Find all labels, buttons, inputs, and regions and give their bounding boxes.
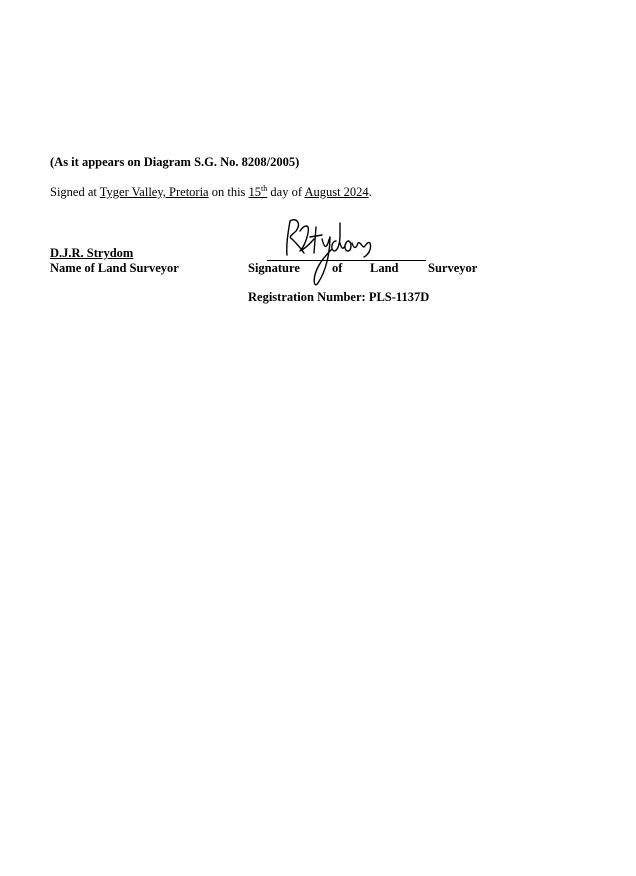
signed-day: 15th: [249, 185, 268, 199]
signed-prefix: Signed at: [50, 185, 100, 199]
signed-place: Tyger Valley, Pretoria: [100, 185, 209, 199]
signature-label-land: Land: [370, 261, 399, 276]
signed-at-line: Signed at Tyger Valley, Pretoria on this…: [50, 185, 372, 200]
signed-month-year: August 2024: [304, 185, 368, 199]
surveyor-name-label: Name of Land Surveyor: [50, 261, 179, 276]
diagram-reference-heading: (As it appears on Diagram S.G. No. 8208/…: [50, 155, 299, 170]
signature-label-of: of: [332, 261, 342, 276]
signed-on-this: on this: [209, 185, 249, 199]
registration-number: Registration Number: PLS-1137D: [248, 290, 429, 305]
surveyor-name: D.J.R. Strydom: [50, 246, 133, 261]
signature-label-signature: Signature: [248, 261, 300, 276]
signature-label-surveyor: Surveyor: [428, 261, 477, 276]
signed-day-of: day of: [267, 185, 304, 199]
handwritten-signature: [278, 213, 374, 291]
